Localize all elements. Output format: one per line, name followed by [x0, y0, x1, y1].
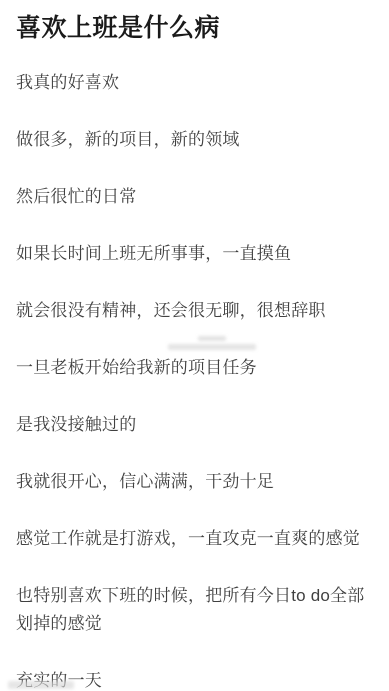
- watermark-blob: [168, 344, 256, 350]
- post-paragraph: 感觉工作就是打游戏，一直攻克一直爽的感觉: [16, 525, 373, 553]
- post-paragraph: 是我没接触过的: [16, 411, 373, 439]
- post-paragraph: 也特别喜欢下班的时候，把所有今日to do全部划掉的感觉: [16, 582, 373, 638]
- watermark-blob: [198, 336, 226, 341]
- post-paragraph: 如果长时间上班无所事事，一直摸鱼: [16, 240, 373, 268]
- post-body: 喜欢上班是什么病 我真的好喜欢 做很多，新的项目，新的领域 然后很忙的日常 如果…: [0, 0, 389, 691]
- post-title: 喜欢上班是什么病: [16, 14, 373, 42]
- post-paragraph: 然后很忙的日常: [16, 183, 373, 211]
- post-paragraph: 做很多，新的项目，新的领域: [16, 126, 373, 154]
- post-paragraph: 一旦老板开始给我新的项目任务: [16, 354, 373, 382]
- post-paragraph: 充实的一天: [16, 667, 373, 691]
- watermark-smudge-center: [168, 336, 256, 352]
- post-paragraph: 我就很开心，信心满满，干劲十足: [16, 468, 373, 496]
- post-paragraph: 我真的好喜欢: [16, 69, 373, 97]
- post-paragraph: 就会很没有精神，还会很无聊，很想辞职: [16, 297, 373, 325]
